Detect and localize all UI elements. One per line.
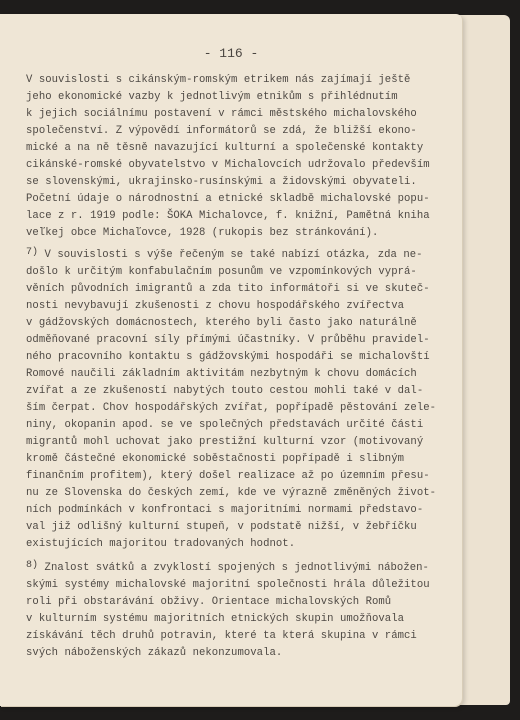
text-line: svých náboženských zákazů nekonzumovala.	[26, 647, 282, 659]
text-line: zvířat a ze zkušeností nabytých touto ce…	[26, 385, 423, 397]
text-line: v kulturním systému majoritních etnickýc…	[26, 613, 404, 625]
text-line: Početní údaje o národnostní a etnické sk…	[26, 193, 430, 205]
text-line: Romové naučili základním aktivitám nezby…	[26, 368, 417, 380]
text-line: nosti nevybavují zkušenosti z chovu hosp…	[26, 300, 404, 312]
text-line: V souvislosti s cikánským-romským etrike…	[26, 74, 410, 86]
text-line: mické a na ně těsně navazující kulturní …	[26, 142, 423, 154]
text-line: k jejich sociálnímu postavení v rámci mě…	[26, 108, 417, 120]
page-number: - 116 -	[0, 46, 462, 61]
text-line: skými systémy michalovské majoritní spol…	[26, 579, 430, 591]
text-line: věních původních imigrantů a zda tito in…	[26, 283, 430, 295]
text-line: ším čerpat. Chov hospodářských zvířat, p…	[26, 402, 436, 414]
text-line: Znalost svátků a zvyklostí spojených s j…	[45, 562, 429, 574]
text-line: odměňované pracovní síly přímými účastní…	[26, 334, 430, 346]
text-line: existujících majoritou tradovaných hodno…	[26, 538, 295, 550]
text-line: ného pracovního kontaktu s gádžovskými h…	[26, 351, 430, 363]
text-line: niny, okopanin apod. se ve společných př…	[26, 419, 423, 431]
text-line: migrantů mohl uchovat jako prestižní kul…	[26, 436, 423, 448]
text-line: nu ze Slovenska do českých zemí, kde ve …	[26, 487, 436, 499]
text-line: finančním profitem), který došel realiza…	[26, 470, 430, 482]
text-line: došlo k určitým konfabulačním posunům ve…	[26, 266, 417, 278]
text-line: společenství. Z výpovědí informátorů se …	[26, 125, 417, 137]
text-line: V souvislosti s výše řečeným se také nab…	[45, 249, 423, 261]
footnote-number: 7)	[26, 247, 38, 258]
text-line: v gádžovských domácnostech, kterého byli…	[26, 317, 417, 329]
text-line: cikánské-romské obyvatelstvo v Michalovc…	[26, 159, 430, 171]
document-page: - 116 - V souvislosti s cikánským-romský…	[0, 14, 462, 706]
text-line: roli při obstarávání obživy. Orientace m…	[26, 596, 391, 608]
text-line: veľkej obce Michaľovce, 1928 (rukopis be…	[26, 227, 378, 239]
footnote-number: 8)	[26, 560, 38, 571]
text-line: val již odlišný kulturní stupeň, v podst…	[26, 521, 417, 533]
text-line: lace z r. 1919 podle: ŠOKA Michalovce, f…	[26, 210, 430, 222]
text-line: jeho ekonomické vazby k jednotlivým etni…	[26, 91, 398, 103]
text-line: kromě částečné ekonomické soběstačnosti …	[26, 453, 404, 465]
text-line: se slovenskými, ukrajinsko-rusínskými a …	[26, 176, 417, 188]
text-line: získávání těch druhů potravin, které ta …	[26, 630, 417, 642]
text-line: ních podmínkách v konfrontaci s majoritn…	[26, 504, 423, 516]
